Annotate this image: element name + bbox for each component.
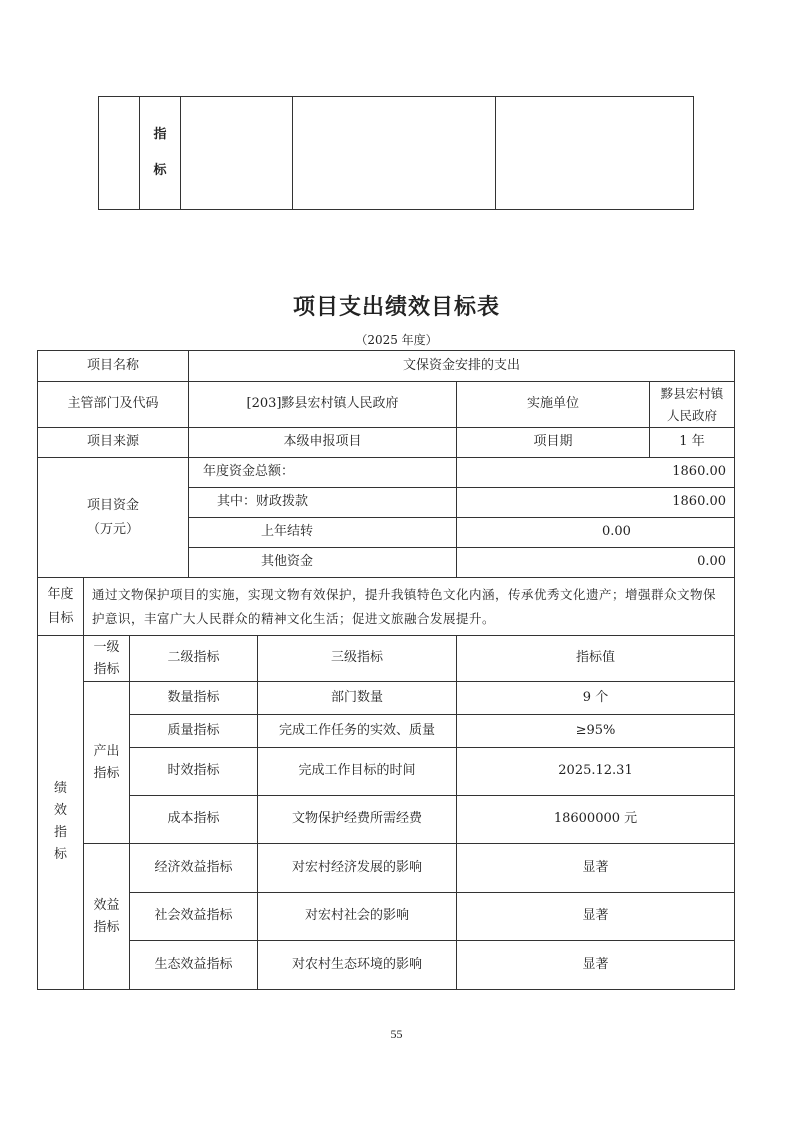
perf-label-char: 效	[38, 800, 83, 822]
year-subtitle: （2025 年度）	[0, 331, 793, 348]
period-label: 项目期	[457, 428, 650, 458]
level3-cell: 完成工作任务的实效、质量	[258, 715, 457, 748]
funds-label-line1: 项目资金	[38, 494, 188, 518]
group-label-line2: 指标	[84, 917, 129, 939]
level3-cell: 部门数量	[258, 682, 457, 715]
level3-cell: 文物保护经费所需经费	[258, 796, 457, 844]
funds-row-value: 1860.00	[457, 488, 735, 518]
level2-cell: 质量指标	[130, 715, 258, 748]
project-name-label: 项目名称	[38, 351, 189, 382]
funds-row-label: 其中：财政拨款	[189, 488, 457, 518]
row-source: 项目来源 本级申报项目 项目期 1 年	[38, 428, 735, 458]
header-level3: 三级指标	[258, 636, 457, 682]
project-name-value: 文保资金安排的支出	[189, 351, 735, 382]
group-benefit-label: 效益 指标	[84, 844, 130, 990]
level2-cell: 数量指标	[130, 682, 258, 715]
fragment-cell-empty	[496, 97, 694, 210]
group-label-line1: 效益	[84, 895, 129, 917]
funds-label-line2: （万元）	[38, 518, 188, 542]
row-indicator-headers: 绩 效 指 标 一级 指标 二级指标 三级指标 指标值	[38, 636, 735, 682]
value-cell: ≥95%	[457, 715, 735, 748]
level3-cell: 对宏村社会的影响	[258, 893, 457, 941]
value-cell: 显著	[457, 844, 735, 893]
funds-row-value: 1860.00	[457, 458, 735, 488]
performance-section-label: 绩 效 指 标	[38, 636, 84, 990]
header-level1-line2: 指标	[84, 659, 129, 681]
level3-cell: 对农村生态环境的影响	[258, 941, 457, 990]
funds-row-label: 年度资金总额：	[189, 458, 457, 488]
performance-target-table: 项目名称 文保资金安排的支出 主管部门及代码 [203]黟县宏村镇人民政府 实施…	[37, 350, 735, 990]
header-level2: 二级指标	[130, 636, 258, 682]
annual-goal-label-line2: 目标	[38, 607, 83, 631]
funds-row-label: 上年结转	[189, 518, 457, 548]
fragment-cell-empty	[99, 97, 140, 210]
value-cell: 9 个	[457, 682, 735, 715]
perf-label-char: 标	[38, 844, 83, 866]
row-annual-goal: 年度 目标 通过文物保护项目的实施，实现文物有效保护，提升我镇特色文化内涵，传承…	[38, 578, 735, 636]
group-output-label: 产出 指标	[84, 682, 130, 844]
value-cell: 显著	[457, 893, 735, 941]
value-cell: 18600000 元	[457, 796, 735, 844]
group-label-line1: 产出	[84, 741, 129, 763]
header-value: 指标值	[457, 636, 735, 682]
annual-goal-label-line1: 年度	[38, 583, 83, 607]
department-label: 主管部门及代码	[38, 382, 189, 428]
row-department: 主管部门及代码 [203]黟县宏村镇人民政府 实施单位 黟县宏村镇 人民政府	[38, 382, 735, 428]
funds-row-label: 其他资金	[189, 548, 457, 578]
value-cell: 2025.12.31	[457, 748, 735, 796]
level2-cell: 成本指标	[130, 796, 258, 844]
impl-unit-line2: 人民政府	[650, 405, 734, 427]
fragment-cell-empty	[293, 97, 496, 210]
perf-label-char: 指	[38, 822, 83, 844]
header-level1-line1: 一级	[84, 637, 129, 659]
value-cell: 显著	[457, 941, 735, 990]
table-row: 社会效益指标 对宏村社会的影响 显著	[38, 893, 735, 941]
row-funds-total: 项目资金 （万元） 年度资金总额： 1860.00	[38, 458, 735, 488]
group-label-line2: 指标	[84, 763, 129, 785]
level2-cell: 时效指标	[130, 748, 258, 796]
level2-cell: 生态效益指标	[130, 941, 258, 990]
level3-cell: 完成工作目标的时间	[258, 748, 457, 796]
table-row: 效益 指标 经济效益指标 对宏村经济发展的影响 显著	[38, 844, 735, 893]
annual-goal-text: 通过文物保护项目的实施，实现文物有效保护，提升我镇特色文化内涵，传承优秀文化遗产…	[84, 578, 735, 636]
page-number: 55	[0, 1027, 793, 1042]
level2-cell: 社会效益指标	[130, 893, 258, 941]
table-row: 生态效益指标 对农村生态环境的影响 显著	[38, 941, 735, 990]
period-value: 1 年	[650, 428, 735, 458]
level3-cell: 对宏村经济发展的影响	[258, 844, 457, 893]
source-value: 本级申报项目	[189, 428, 457, 458]
impl-unit-value: 黟县宏村镇 人民政府	[650, 382, 735, 428]
annual-goal-label: 年度 目标	[38, 578, 84, 636]
funds-row-value: 0.00	[457, 518, 735, 548]
table-row: 产出 指标 数量指标 部门数量 9 个	[38, 682, 735, 715]
fragment-indicator-label: 指 标	[140, 97, 181, 210]
level2-cell: 经济效益指标	[130, 844, 258, 893]
perf-label-char: 绩	[38, 778, 83, 800]
table-row: 时效指标 完成工作目标的时间 2025.12.31	[38, 748, 735, 796]
page-title: 项目支出绩效目标表	[0, 290, 793, 321]
previous-table-fragment: 指 标	[98, 96, 694, 210]
fragment-cell-empty	[181, 97, 293, 210]
row-project-name: 项目名称 文保资金安排的支出	[38, 351, 735, 382]
header-level1: 一级 指标	[84, 636, 130, 682]
fragment-label-char: 指	[140, 117, 180, 153]
funds-row-value: 0.00	[457, 548, 735, 578]
fragment-label-char: 标	[140, 153, 180, 189]
impl-unit-label: 实施单位	[457, 382, 650, 428]
table-row: 成本指标 文物保护经费所需经费 18600000 元	[38, 796, 735, 844]
funds-label: 项目资金 （万元）	[38, 458, 189, 578]
department-value: [203]黟县宏村镇人民政府	[189, 382, 457, 428]
impl-unit-line1: 黟县宏村镇	[650, 383, 734, 405]
source-label: 项目来源	[38, 428, 189, 458]
table-row: 质量指标 完成工作任务的实效、质量 ≥95%	[38, 715, 735, 748]
